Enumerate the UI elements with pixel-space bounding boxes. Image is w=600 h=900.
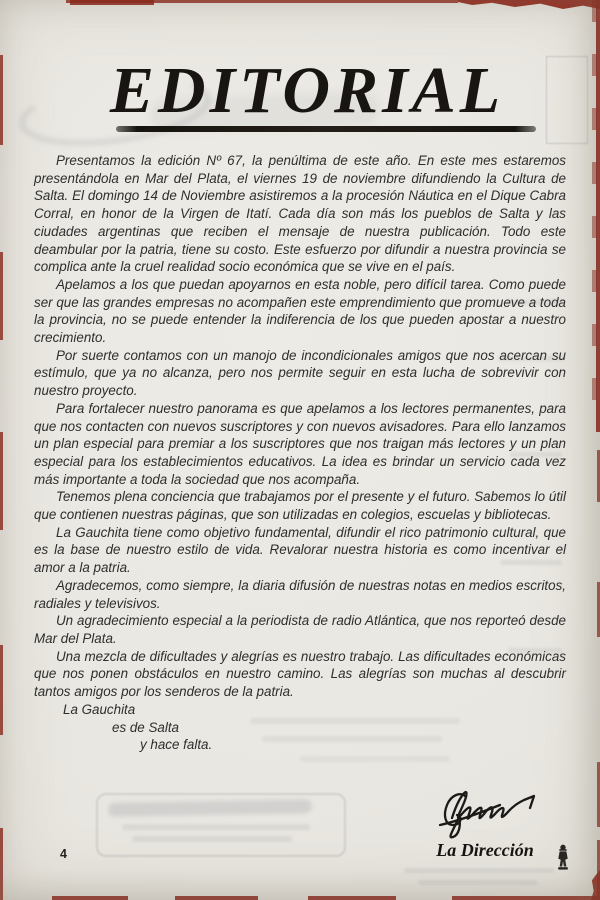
paragraph: Presentamos la edición Nº 67, la penúlti… — [34, 152, 566, 276]
ghost-bleed-text-line — [418, 880, 538, 885]
paragraph: Tenemos plena conciencia que trabajamos … — [34, 488, 566, 523]
closing-line: es de Salta — [112, 719, 566, 737]
ghost-bleed-mirrored-title — [108, 799, 312, 817]
torn-edge-bottom — [0, 896, 600, 900]
ghost-bleed-text-line — [122, 824, 310, 830]
closing-lines: La Gauchitaes de Saltay hace falta. — [34, 701, 566, 754]
paragraph: Un agradecimiento especial a la periodis… — [34, 612, 566, 647]
title-underline — [116, 126, 536, 132]
editorial-body: Presentamos la edición Nº 67, la penúlti… — [34, 152, 566, 754]
scanned-editorial-page: EDITORIAL Presentamos la edición Nº 67, … — [0, 0, 600, 900]
torn-edge-bottom-right — [591, 870, 600, 900]
ghost-bleed-footer-box — [96, 793, 346, 857]
paragraph: La Gauchita tiene como objetivo fundamen… — [34, 524, 566, 577]
torn-edge-top — [70, 0, 154, 5]
paragraph: Una mezcla de dificultades y alegrías es… — [34, 648, 566, 701]
gaucho-emblem-icon — [554, 844, 572, 871]
page-number: 4 — [60, 847, 67, 861]
ghost-bleed-text-line — [132, 836, 292, 842]
torn-edge-left — [0, 0, 3, 900]
paragraph: Apelamos a los que puedan apoyarnos en e… — [34, 276, 566, 347]
closing-line: La Gauchita — [63, 701, 566, 719]
page-title: EDITORIAL — [0, 58, 600, 124]
closing-line: y hace falta. — [140, 736, 566, 754]
torn-edge-top — [66, 0, 458, 3]
paragraph: Para fortalecer nuestro panorama es que … — [34, 400, 566, 489]
ghost-bleed-text-line — [300, 756, 450, 762]
signature-caption: La Dirección — [408, 840, 562, 861]
paragraph: Agradecemos, como siempre, la diaria dif… — [34, 577, 566, 612]
torn-edge-top-right — [458, 0, 600, 9]
handwritten-signature-icon — [412, 776, 562, 842]
ghost-bleed-text-line — [404, 868, 554, 873]
paragraph: Por suerte contamos con un manojo de inc… — [34, 347, 566, 400]
